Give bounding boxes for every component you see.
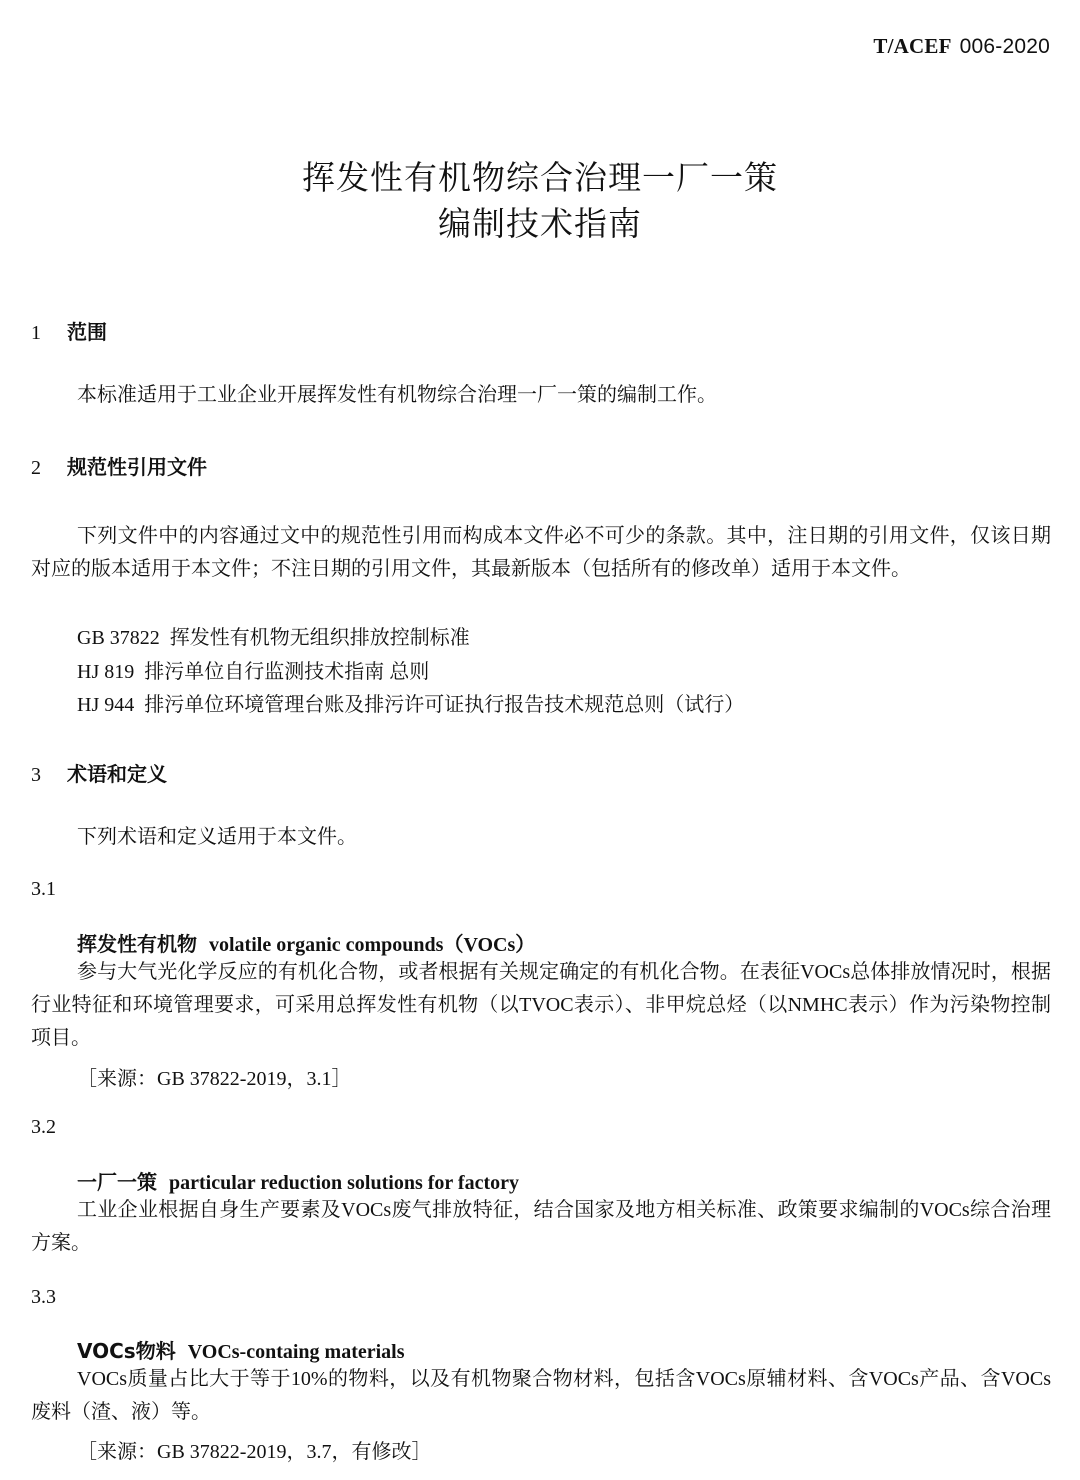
term-heading: 一厂一策particular reduction solutions for f… <box>77 1166 519 1195</box>
section-3-heading: 3术语和定义 <box>31 758 167 787</box>
term-number: 3.3 <box>31 1286 56 1309</box>
term-heading: VOCs物料VOCs-containg materials <box>77 1335 405 1364</box>
section-title: 术语和定义 <box>67 762 167 786</box>
reference-code: HJ 944 <box>77 694 134 716</box>
standard-org: T/ACEF <box>873 34 951 58</box>
reference-code: HJ 819 <box>77 661 134 683</box>
term-zh: 挥发性有机物 <box>77 932 197 956</box>
reference-item: GB 37822 挥发性有机物无组织排放控制标准 <box>77 621 470 650</box>
term-zh: VOCs物料 <box>77 1339 176 1363</box>
term-source: ［来源：GB 37822-2019，3.1］ <box>77 1062 351 1091</box>
document-title-line2: 编制技术指南 <box>0 198 1080 245</box>
section-title: 范围 <box>67 320 107 344</box>
term-number: 3.1 <box>31 878 56 901</box>
reference-code: GB 37822 <box>77 627 160 649</box>
section-1-body: 本标准适用于工业企业开展挥发性有机物综合治理一厂一策的编制工作。 <box>31 379 1051 412</box>
term-en: volatile organic compounds（VOCs） <box>209 934 535 956</box>
reference-title: 挥发性有机物无组织排放控制标准 <box>170 627 470 649</box>
section-1-heading: 1范围 <box>31 316 107 345</box>
term-zh: 一厂一策 <box>77 1170 157 1194</box>
reference-item: HJ 819 排污单位自行监测技术指南 总则 <box>77 655 429 684</box>
section-number: 2 <box>31 457 67 480</box>
section-2-body: 下列文件中的内容通过文中的规范性引用而构成本文件必不可少的条款。其中，注日期的引… <box>31 520 1051 586</box>
term-definition: VOCs质量占比大于等于10%的物料，以及有机物聚合物材料，包括含VOCs原辅材… <box>31 1363 1051 1429</box>
section-title: 规范性引用文件 <box>67 455 207 479</box>
section-number: 3 <box>31 764 67 787</box>
standard-number: 006-2020 <box>960 35 1050 58</box>
reference-title: 排污单位环境管理台账及排污许可证执行报告技术规范总则（试行） <box>144 694 744 716</box>
section-2-heading: 2规范性引用文件 <box>31 451 207 480</box>
term-source: ［来源：GB 37822-2019，3.7，有修改］ <box>77 1435 431 1464</box>
section-number: 1 <box>31 322 67 345</box>
section-3-body: 下列术语和定义适用于本文件。 <box>31 821 1051 854</box>
term-number: 3.2 <box>31 1116 56 1139</box>
standard-code: T/ACEF006-2020 <box>873 34 1050 59</box>
term-heading: 挥发性有机物volatile organic compounds（VOCs） <box>77 928 535 957</box>
term-definition: 工业企业根据自身生产要素及VOCs废气排放特征，结合国家及地方相关标准、政策要求… <box>31 1194 1051 1260</box>
term-en: particular reduction solutions for facto… <box>169 1172 519 1194</box>
term-en: VOCs-containg materials <box>188 1341 405 1363</box>
term-definition: 参与大气光化学反应的有机化合物，或者根据有关规定确定的有机化合物。在表征VOCs… <box>31 956 1051 1055</box>
reference-item: HJ 944 排污单位环境管理台账及排污许可证执行报告技术规范总则（试行） <box>77 688 744 717</box>
reference-title: 排污单位自行监测技术指南 总则 <box>144 661 429 683</box>
document-title-line1: 挥发性有机物综合治理一厂一策 <box>0 152 1080 199</box>
